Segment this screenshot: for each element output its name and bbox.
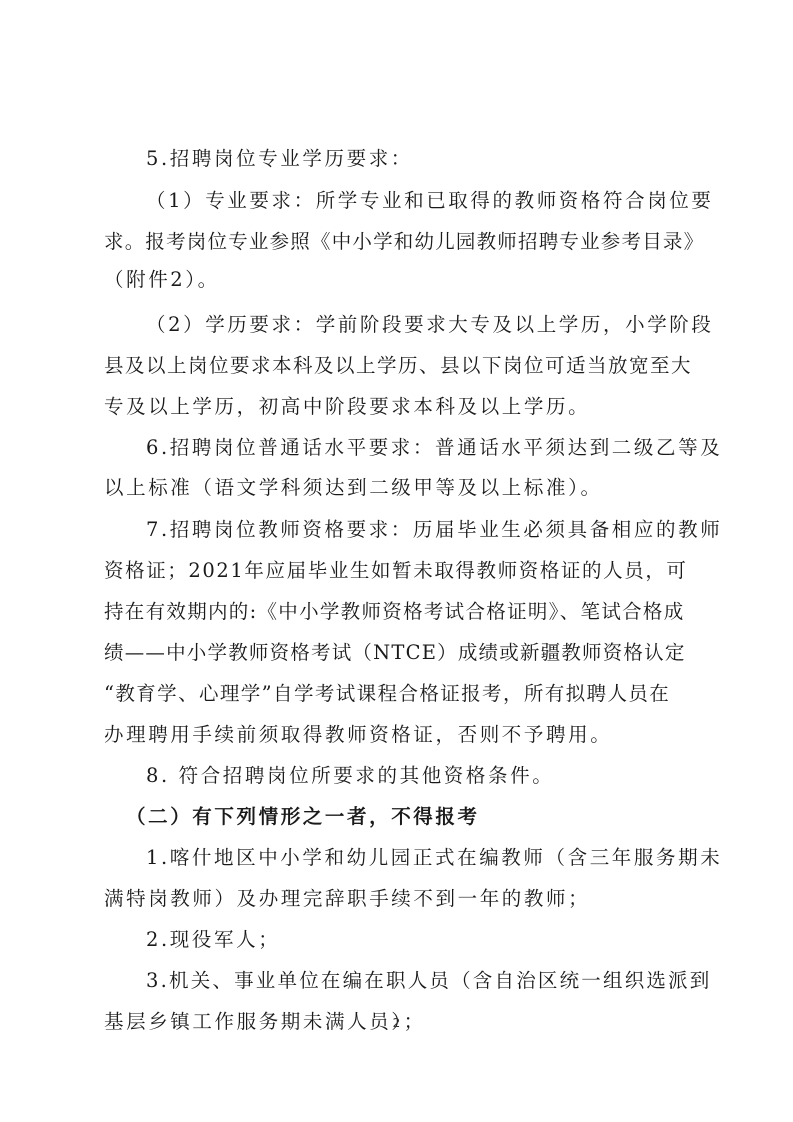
paragraph-line: （附件2）。 [104,267,704,293]
paragraph-line: （2）学历要求：学前阶段要求大专及以上学历，小学阶段 [146,312,746,338]
paragraph-line: 办理聘用手续前须取得教师资格证，否则不予聘用。 [104,722,704,748]
list-item: 1.喀什地区中小学和幼儿园正式在编教师（含三年服务期未 [146,845,746,871]
section-7-heading: 7.招聘岗位教师资格要求：历届毕业生必须具备相应的教师 [146,517,746,543]
document-page: 5.招聘岗位专业学历要求： （1）专业要求：所学专业和已取得的教师资格符合岗位要… [0,0,793,1122]
paragraph-line: 资格证；2021年应届毕业生如暂未取得教师资格证的人员，可 [104,558,704,584]
paragraph-line: 满特岗教师）及办理完辞职手续不到一年的教师； [104,886,704,912]
paragraph-line: 专及以上学历，初高中阶段要求本科及以上学历。 [104,394,704,420]
paragraph-line: 绩——中小学教师资格考试（NTCE）成绩或新疆教师资格认定 [104,640,704,666]
list-item: 2.现役军人； [146,927,746,953]
section-5-heading: 5.招聘岗位专业学历要求： [146,146,746,172]
paragraph-line: “教育学、心理学”自学考试课程合格证报考，所有拟聘人员在 [104,681,704,707]
paragraph-line: 持在有效期内的:《中小学教师资格考试合格证明》、笔试合格成 [104,599,704,625]
paragraph-line: 县及以上岗位要求本科及以上学历、县以下岗位可适当放宽至大 [104,353,704,379]
paragraph-line: 以上标准（语文学科须达到二级甲等及以上标准）。 [104,475,704,501]
page-number: 2 [0,1016,793,1030]
paragraph-line: 求。报考岗位专业参照《中小学和幼儿园教师招聘专业参考目录》 [104,229,704,255]
subsection-heading: （二）有下列情形之一者，不得报考 [126,804,726,830]
list-item: 3.机关、事业单位在编在职人员（含自治区统一组织选派到 [146,968,746,994]
paragraph-line: （1）专业要求：所学专业和已取得的教师资格符合岗位要 [146,188,746,214]
section-6-heading: 6.招聘岗位普通话水平要求：普通话水平须达到二级乙等及 [146,435,746,461]
section-8-heading: 8. 符合招聘岗位所要求的其他资格条件。 [146,763,746,789]
